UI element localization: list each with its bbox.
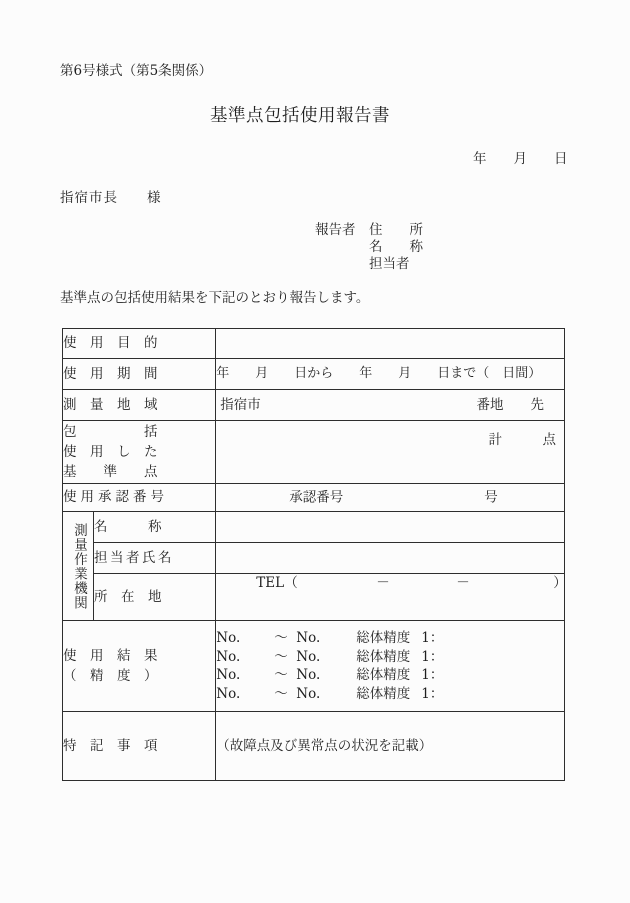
approval-number-suffix: 号: [484, 489, 498, 506]
tel-open-paren: （: [284, 575, 298, 592]
approval-number-prefix: 承認番号: [289, 489, 343, 506]
purpose-label: 使 用 目 的: [63, 329, 216, 359]
agency-contact-label: 担当者氏名: [94, 543, 216, 574]
result-line: No.～No.総体精度1：: [216, 648, 564, 667]
result-line: No.～No.総体精度1：: [216, 685, 564, 704]
row-usage-result: 使 用 結 果 （ 精 度 ） No.～No.総体精度1： No.～No.総体精…: [63, 621, 565, 712]
report-table: 使 用 目 的 使 用 期 間 年 月 日から 年 月 日まで（ 日間） 測 量…: [62, 328, 565, 781]
usage-result-label: 使 用 結 果 （ 精 度 ）: [63, 621, 216, 712]
tel-dash-2: －: [456, 575, 470, 592]
addressee-line: 指宿市長 様: [60, 190, 162, 207]
agency-group-label: 測量作業機関: [63, 523, 94, 610]
points-total: 計 点: [489, 432, 557, 449]
row-agency-name: 測量作業機関 名 称: [63, 512, 565, 543]
area-label: 測 量 地 域: [63, 390, 216, 421]
tel-label: TEL: [256, 575, 284, 592]
tel-close-paren: ）: [553, 575, 564, 592]
date-line: 年 月 日: [473, 151, 568, 168]
purpose-value-cell: [216, 329, 565, 359]
reporter-address-line: 報告者 住 所: [315, 222, 423, 239]
period-value-cell: 年 月 日から 年 月 日まで（ 日間）: [216, 359, 565, 390]
form-number: 第6号様式（第5条関係）: [60, 63, 212, 80]
approval-label: 使用承認番号: [63, 484, 216, 512]
agency-contact-value-cell: [216, 543, 565, 574]
agency-group-cell: 測量作業機関: [63, 512, 94, 621]
row-points-used: 包 括 使 用 し た 基 準 点 計 点: [63, 421, 565, 484]
page-title: 基準点包括使用報告書: [0, 106, 600, 128]
row-period: 使 用 期 間 年 月 日から 年 月 日まで（ 日間）: [63, 359, 565, 390]
agency-address-label: 所 在 地: [94, 574, 216, 621]
points-used-label: 包 括 使 用 し た 基 準 点: [63, 421, 216, 484]
area-value-cell: 指宿市 番地 先: [216, 390, 565, 421]
period-label: 使 用 期 間: [63, 359, 216, 390]
reporter-name-line: 名 称: [315, 239, 423, 256]
row-area: 測 量 地 域 指宿市 番地 先: [63, 390, 565, 421]
reporter-contact-line: 担当者: [315, 256, 423, 273]
agency-name-label: 名 称: [94, 512, 216, 543]
points-used-value-cell: 計 点: [216, 421, 565, 484]
approval-value-cell: 承認番号 号: [216, 484, 565, 512]
result-line: No.～No.総体精度1：: [216, 629, 564, 648]
row-special-notes: 特 記 事 項 （故障点及び異常点の状況を記載）: [63, 712, 565, 781]
row-agency-address: 所 在 地 TEL （ － － ）: [63, 574, 565, 621]
special-notes-hint: （故障点及び異常点の状況を記載）: [216, 738, 564, 755]
row-purpose: 使 用 目 的: [63, 329, 565, 359]
reporter-block: 報告者 住 所 名 称 担当者: [315, 222, 423, 273]
result-line: No.～No.総体精度1：: [216, 666, 564, 685]
usage-result-value-cell: No.～No.総体精度1： No.～No.総体精度1： No.～No.総体精度1…: [216, 621, 565, 712]
tel-dash-1: －: [376, 575, 390, 592]
row-agency-contact: 担当者氏名: [63, 543, 565, 574]
agency-address-value-cell: TEL （ － － ）: [216, 574, 565, 621]
special-notes-value-cell: （故障点及び異常点の状況を記載）: [216, 712, 565, 781]
special-notes-label: 特 記 事 項: [63, 712, 216, 781]
row-approval-number: 使用承認番号 承認番号 号: [63, 484, 565, 512]
intro-sentence: 基準点の包括使用結果を下記のとおり報告します。: [60, 290, 369, 307]
area-city: 指宿市: [216, 397, 261, 414]
area-banchi: 番地 先: [477, 397, 565, 414]
agency-name-value-cell: [216, 512, 565, 543]
report-form-page: 第6号様式（第5条関係） 基準点包括使用報告書 年 月 日 指宿市長 様 報告者…: [0, 0, 630, 903]
